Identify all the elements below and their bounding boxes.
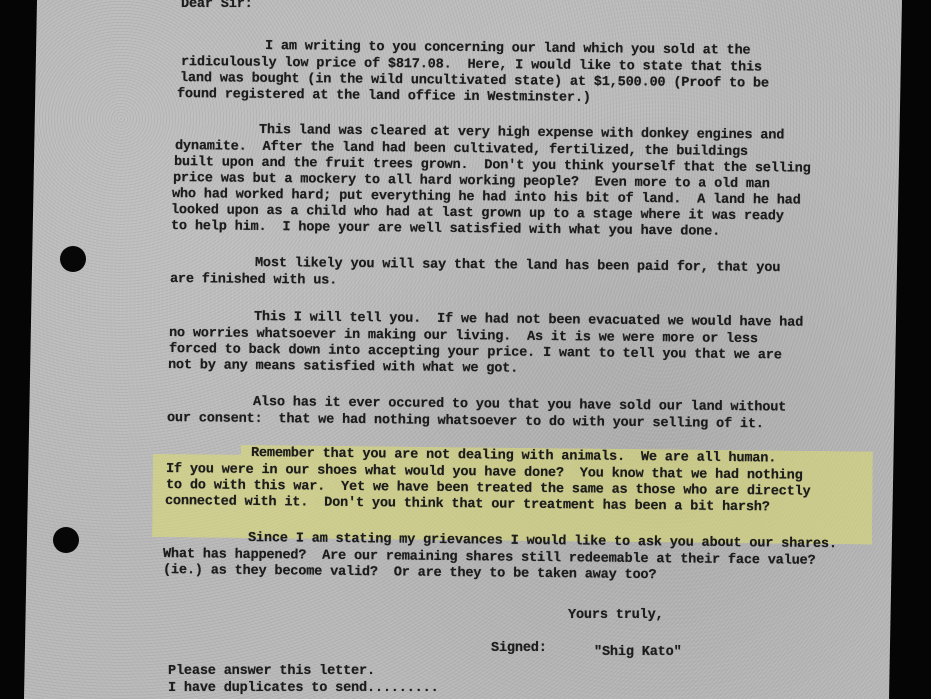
p7-line-3: (ie.) as they become valid? Or are they … [163, 564, 656, 583]
signature: "Shig Kato" [594, 646, 682, 660]
p2-line-7: to help him. I hope your are well satisf… [171, 220, 720, 239]
postscript-line-2: I have duplicates to send......... [168, 682, 439, 696]
p3-line-2: are finished with us. [170, 273, 337, 288]
p1-line-4: found registered at the land office in W… [177, 88, 591, 106]
letter-body: Dear Sir: I am writing to you concerning… [0, 0, 931, 699]
closing: Yours truly, [568, 609, 664, 623]
p5-line-2: our consent: that we had nothing whatsoe… [167, 412, 764, 432]
signed-label: Signed: [491, 642, 547, 656]
p1-line-1: I am writing to you concerning our land … [265, 40, 751, 58]
postscript-line-1: Please answer this letter. [168, 665, 375, 679]
salutation: Dear Sir: [181, 0, 253, 12]
p4-line-4: not by any means satisfied with what we … [168, 359, 518, 376]
